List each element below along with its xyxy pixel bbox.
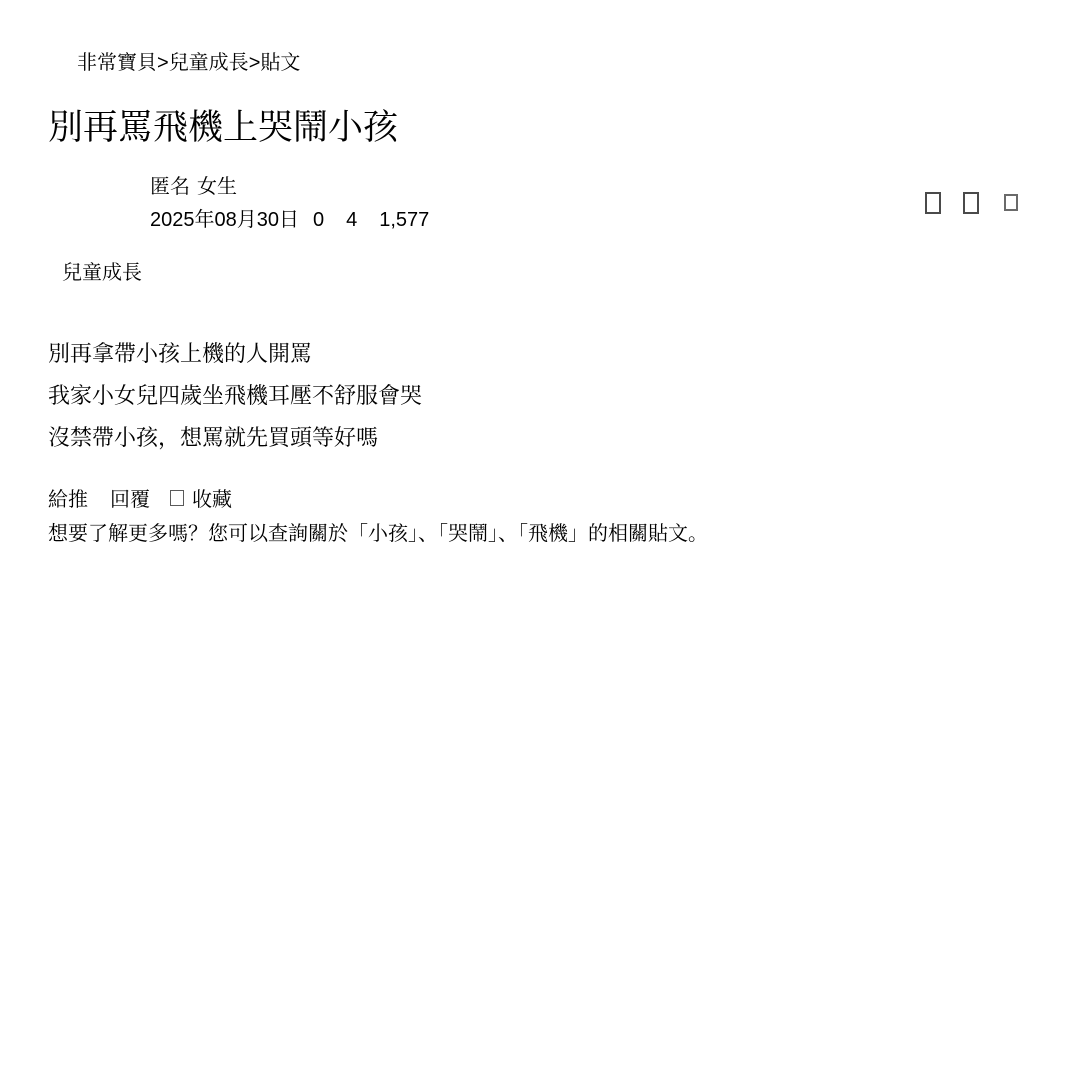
view-count: 1,577 [379, 209, 429, 231]
bookmark-icon [170, 490, 184, 506]
bookmark-label: 收藏 [192, 489, 232, 511]
like-count: 4 [346, 209, 357, 231]
related-posts-hint: 想要了解更多嗎？您可以查詢關於「小孩」、「哭鬧」、「飛機」的相關貼文。 [48, 521, 708, 547]
upvote-button[interactable]: 給推 [48, 489, 88, 511]
breadcrumb-item-board[interactable]: 非常寶貝 [77, 52, 157, 74]
post-date: 2025年08月30日 [150, 209, 299, 231]
post-actions-row: 給推回覆收藏 [48, 487, 232, 513]
breadcrumb-item-category[interactable]: 兒童成長 [169, 52, 249, 74]
author-line: 匿名女生 [150, 171, 429, 204]
breadcrumb: 非常寶貝>兒童成長>貼文 [77, 51, 300, 75]
reply-button[interactable]: 回覆 [110, 489, 150, 511]
placeholder-icon-3[interactable] [1004, 194, 1018, 211]
bookmark-button[interactable]: 收藏 [170, 489, 232, 511]
post-body: 別再拿帶小孩上機的人開罵 我家小女兒四歲坐飛機耳壓不舒服會哭 沒禁帶小孩，想罵就… [48, 333, 422, 459]
breadcrumb-item-post[interactable]: 貼文 [260, 52, 300, 74]
breadcrumb-separator: > [249, 52, 261, 74]
placeholder-icon-1[interactable] [925, 192, 941, 214]
post-page: 非常寶貝>兒童成長>貼文 別再罵飛機上哭鬧小孩 匿名女生 2025年08月30日… [0, 0, 1080, 1080]
post-header-actions [925, 192, 1018, 214]
category-tag[interactable]: 兒童成長 [62, 261, 142, 286]
breadcrumb-separator: > [157, 52, 169, 74]
body-line: 沒禁帶小孩，想罵就先買頭等好嗎 [48, 417, 422, 459]
author-gender: 女生 [197, 176, 237, 198]
author-meta-block: 匿名女生 2025年08月30日041,577 [150, 171, 429, 237]
body-line: 別再拿帶小孩上機的人開罵 [48, 333, 422, 375]
body-line: 我家小女兒四歲坐飛機耳壓不舒服會哭 [48, 375, 422, 417]
author-anonymous-label: 匿名 [150, 176, 190, 198]
post-meta-line: 2025年08月30日041,577 [150, 204, 429, 237]
placeholder-icon-2[interactable] [963, 192, 979, 214]
post-title: 別再罵飛機上哭鬧小孩 [48, 106, 398, 150]
comment-count: 0 [313, 209, 324, 231]
